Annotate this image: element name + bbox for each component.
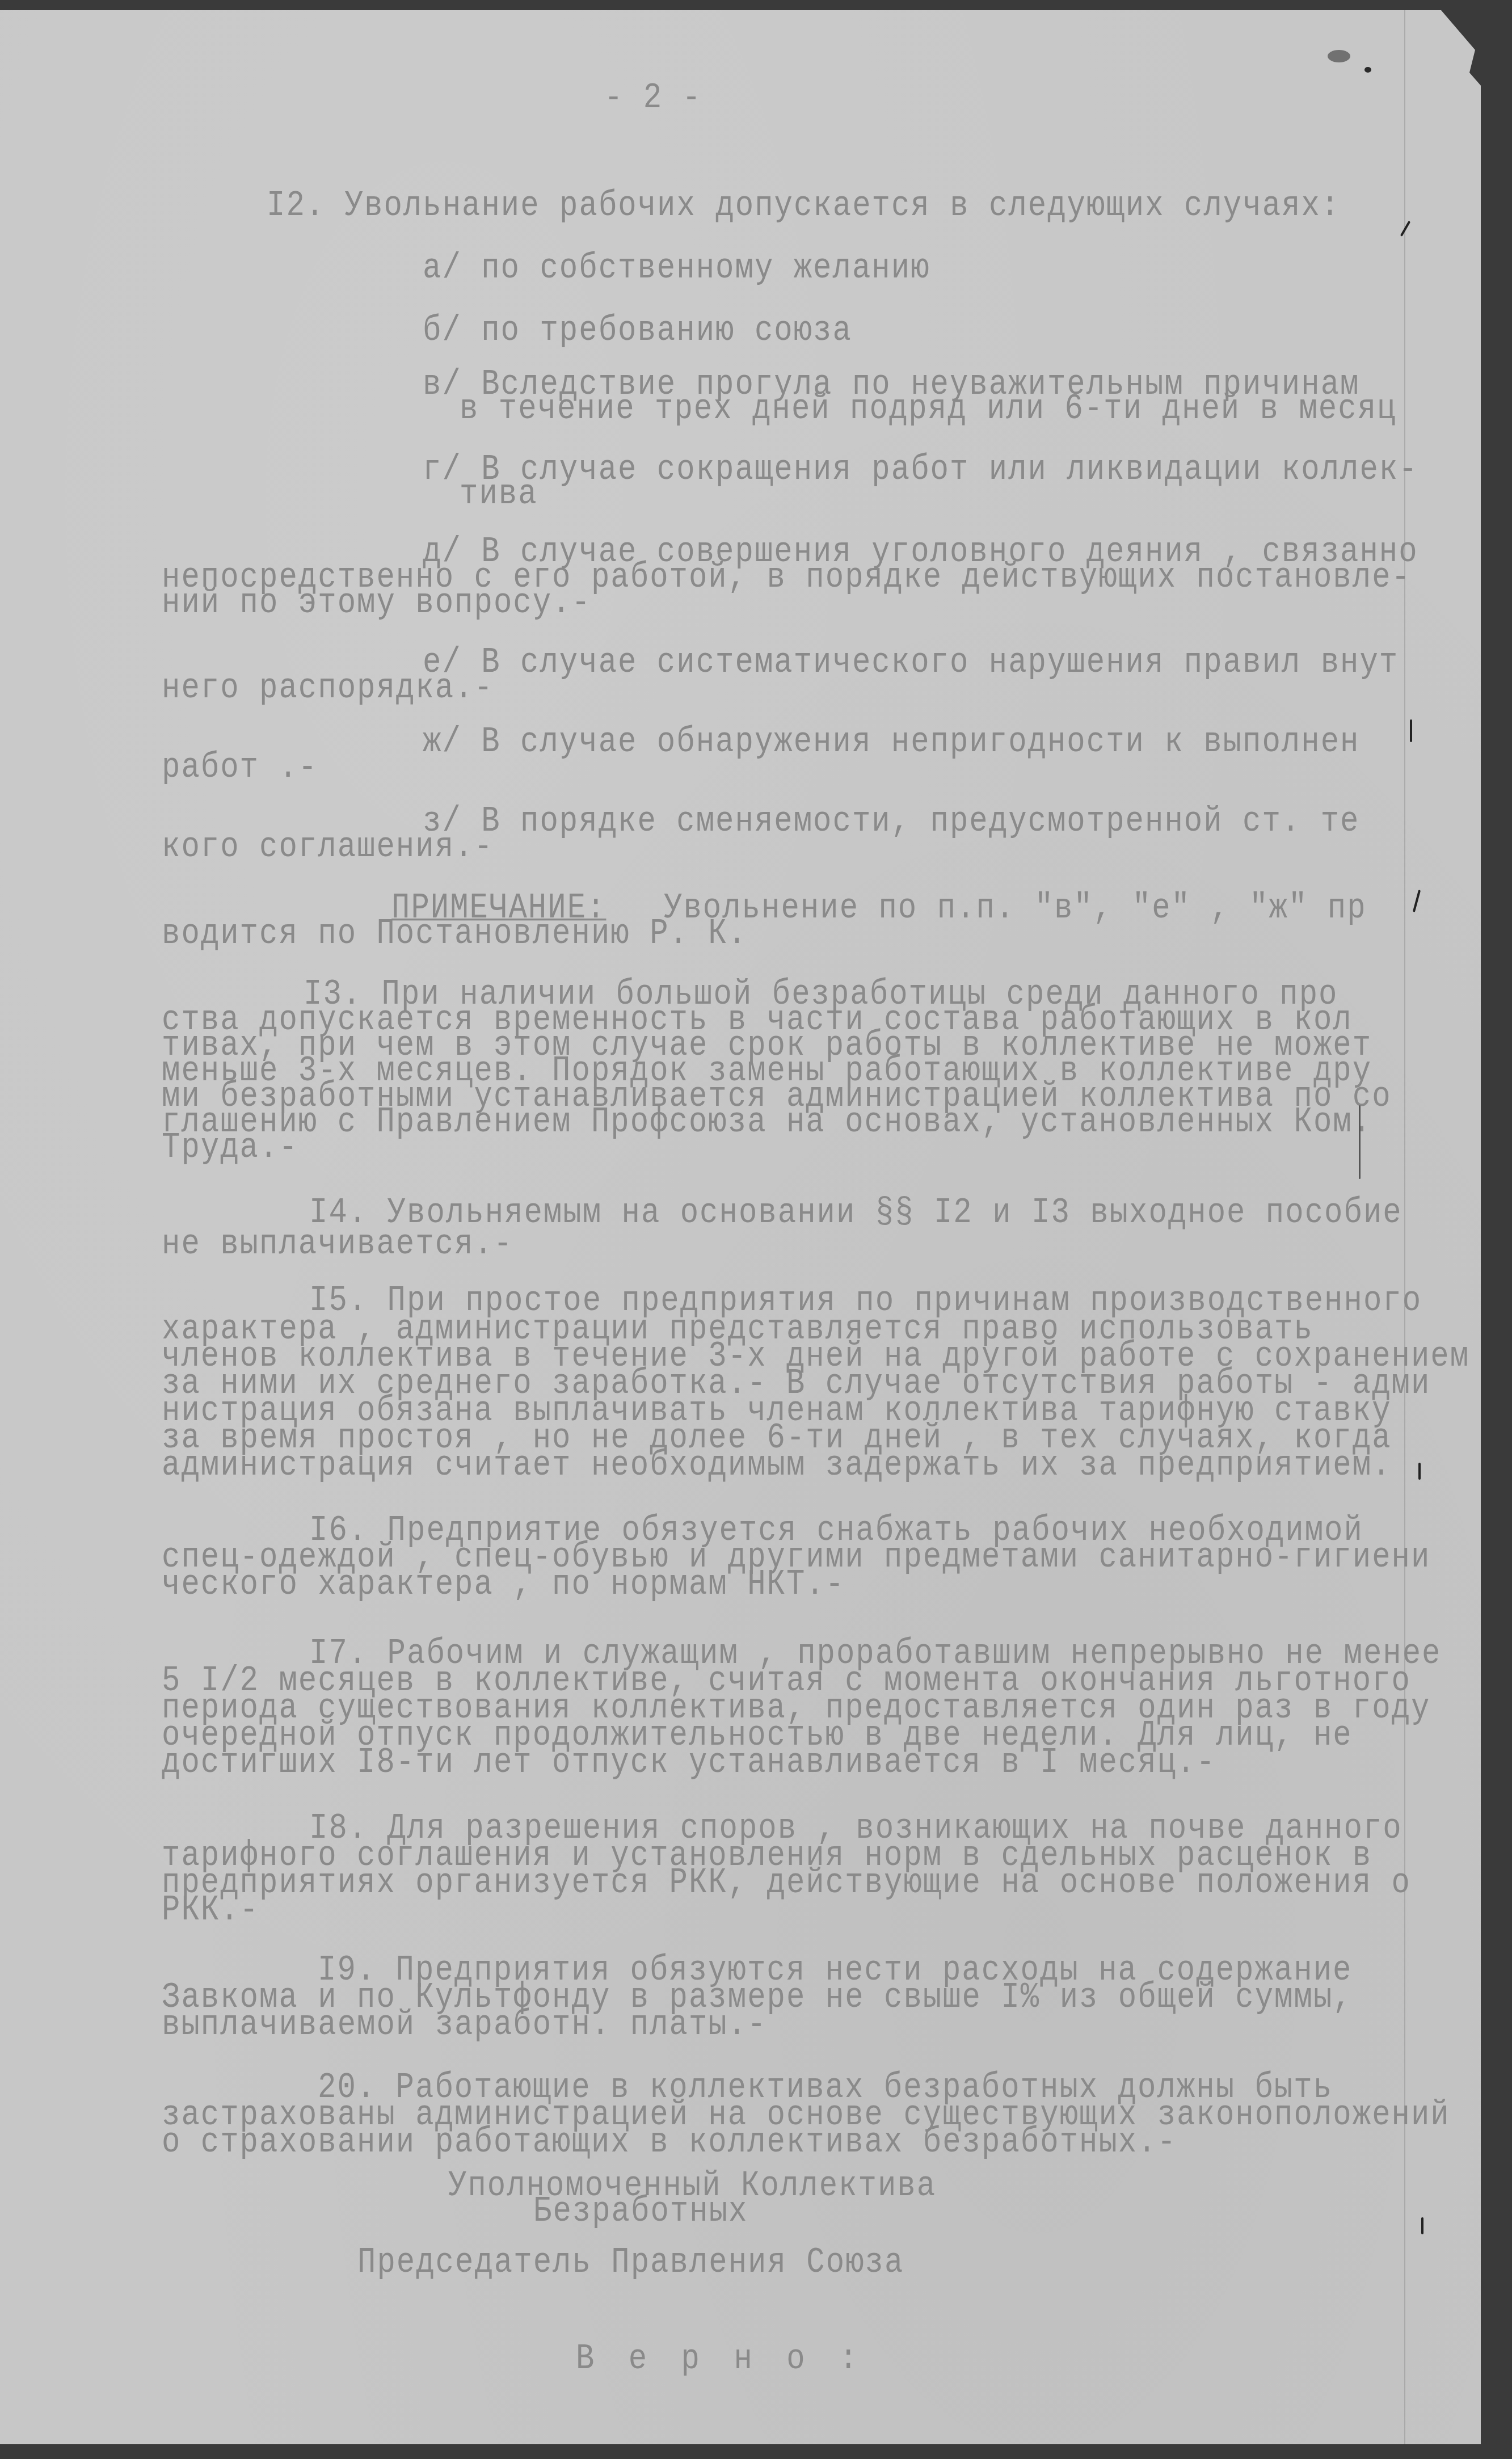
certification-mark: В е р н о : [576,2339,865,2380]
clause-12zh-line1: ж/ В случае обнаружения непригодности к … [423,722,1359,763]
clause-18-line4: РКК.- [162,1890,259,1931]
page-number: - 2 - [604,78,702,119]
clause-13-line7: Труда.- [162,1128,298,1168]
clause-12a: а/ по собственному желанию [423,249,930,289]
clause-19-line3: выплачиваемой заработн. платы.- [162,2005,767,2045]
clause-12v-line2: в течение трех дней подряд или 6-ти дней… [460,389,1396,430]
clause-17-line5: достигших I8-ти лет отпуск устанавливает… [162,1743,1216,1783]
clause-15-line7: администрация считает необходимым задерж… [162,1446,1392,1486]
paper-tear-mark [1410,719,1412,742]
clause-12g-line2: тива [460,474,538,515]
clause-12g-line1: г/ В случае сокращения работ или ликвида… [423,450,1418,490]
note-line1: Увольнение по п.п. "в", "е" , "ж" пр [664,889,1367,929]
ink-stain [1328,50,1350,62]
paper-tear-mark [1421,2217,1423,2234]
document-page: - 2 - I2. Увольнание рабочих допускается… [0,10,1481,2444]
paper-tear-mark [1359,1105,1361,1179]
clause-12e-line2: него распорядка.- [162,668,494,709]
clause-18-line3: предприятиях организуется РКК, действующ… [162,1863,1411,1904]
ink-speck [1364,67,1371,73]
clause-12-heading: I2. Увольнание рабочих допускается в сле… [267,186,1340,226]
paper-tear-mark [1413,890,1421,912]
clause-12z-line1: з/ В порядке сменяемости, предусмотренно… [423,802,1359,842]
signature-representative-subtitle: Безработных [533,2192,748,2232]
paper-tear-mark [1418,1463,1421,1480]
clause-12b: б/ по требованию союза [423,311,852,351]
note-line2: водится по Постановлению Р. К. [162,914,747,954]
clause-12d-line3: ний по этому вопросу.- [162,583,591,624]
paper-tear-mark [1400,221,1410,237]
clause-12z-line2: кого соглашения.- [162,827,494,868]
clause-13-line6: глашению с Правлением Профсоюза на основ… [162,1102,1372,1143]
clause-12zh-line2: работ .- [162,748,318,788]
clause-20-line3: о страховании работающих в коллективах б… [162,2123,1177,2163]
clause-14-line2: не выплачивается.- [162,1224,513,1265]
paper-crease [1404,10,1405,2444]
signature-chairman-title: Председатель Правления Союза [357,2243,904,2283]
clause-16-line3: ческого характера , по нормам НКТ.- [162,1565,845,1605]
clause-12e-line1: е/ В случае систематического нарушения п… [423,643,1399,683]
